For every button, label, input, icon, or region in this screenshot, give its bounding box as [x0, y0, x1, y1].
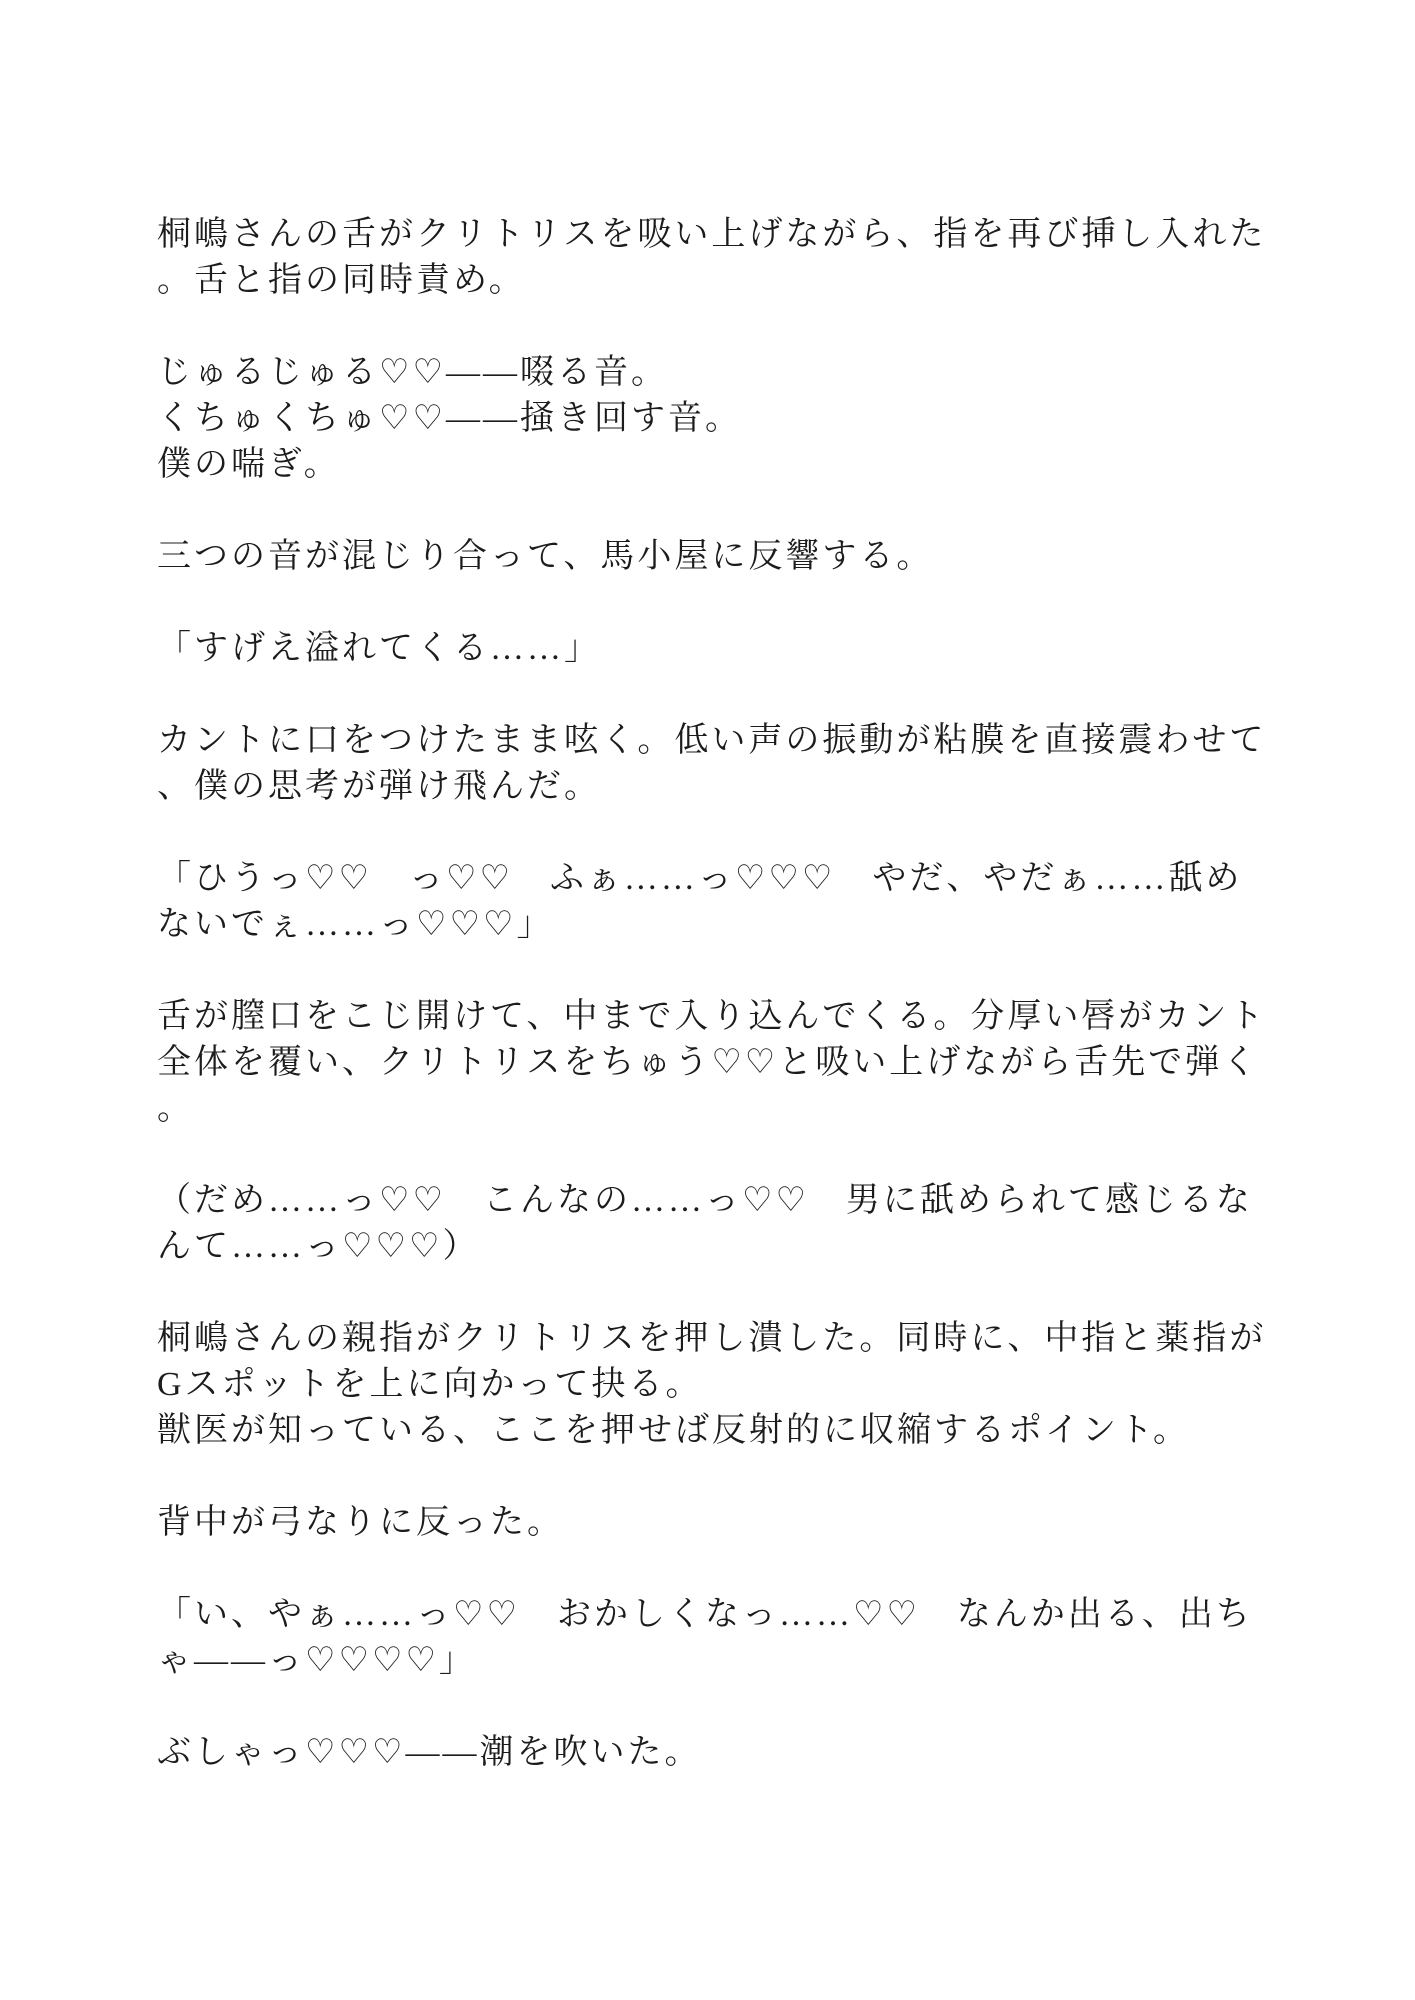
- text-line: カントに口をつけたまま呟く。低い声の振動が粘膜を直接震わせて: [157, 718, 1267, 764]
- text-line: 舌が膣口をこじ開けて、中まで入り込んでくる。分厚い唇がカント: [157, 994, 1267, 1040]
- text-line: ゃ――っ♡♡♡♡」: [157, 1638, 1267, 1684]
- text-line: 桐嶋さんの舌がクリトリスを吸い上げながら、指を再び挿し入れた: [157, 212, 1267, 258]
- paragraph: 「すげえ溢れてくる……」: [157, 626, 1267, 672]
- text-line: 獣医が知っている、ここを押せば反射的に収縮するポイント。: [157, 1408, 1267, 1454]
- text-line: ぶしゃっ♡♡♡――潮を吹いた。: [157, 1730, 1267, 1776]
- text-line: 。舌と指の同時責め。: [157, 258, 1267, 304]
- text-line: 「ひうっ♡♡ っ♡♡ ふぁ……っ♡♡♡ やだ、やだぁ……舐め: [157, 856, 1267, 902]
- text-line: 背中が弓なりに反った。: [157, 1500, 1267, 1546]
- text-line: 全体を覆い、クリトリスをちゅう♡♡と吸い上げながら舌先で弾く: [157, 1040, 1267, 1086]
- text-line: 。: [157, 1086, 1267, 1132]
- text-line: 「い、やぁ……っ♡♡ おかしくなっ……♡♡ なんか出る、出ち: [157, 1592, 1267, 1638]
- paragraph: ぶしゃっ♡♡♡――潮を吹いた。: [157, 1730, 1267, 1776]
- paragraph: （だめ……っ♡♡ こんなの……っ♡♡ 男に舐められて感じるなんて……っ♡♡♡）: [157, 1178, 1267, 1270]
- text-line: 僕の喘ぎ。: [157, 442, 1267, 488]
- text-line: んて……っ♡♡♡）: [157, 1224, 1267, 1270]
- text-line: （だめ……っ♡♡ こんなの……っ♡♡ 男に舐められて感じるな: [157, 1178, 1267, 1224]
- paragraph: 背中が弓なりに反った。: [157, 1500, 1267, 1546]
- text-line: 三つの音が混じり合って、馬小屋に反響する。: [157, 534, 1267, 580]
- paragraph: 舌が膣口をこじ開けて、中まで入り込んでくる。分厚い唇がカント全体を覆い、クリトリ…: [157, 994, 1267, 1132]
- document-page: 桐嶋さんの舌がクリトリスを吸い上げながら、指を再び挿し入れた。舌と指の同時責め。…: [0, 0, 1415, 2000]
- paragraph: 「い、やぁ……っ♡♡ おかしくなっ……♡♡ なんか出る、出ちゃ――っ♡♡♡♡」: [157, 1592, 1267, 1684]
- paragraph: 「ひうっ♡♡ っ♡♡ ふぁ……っ♡♡♡ やだ、やだぁ……舐めないでぇ……っ♡♡♡…: [157, 856, 1267, 948]
- paragraph: カントに口をつけたまま呟く。低い声の振動が粘膜を直接震わせて、僕の思考が弾け飛ん…: [157, 718, 1267, 810]
- paragraph: 桐嶋さんの舌がクリトリスを吸い上げながら、指を再び挿し入れた。舌と指の同時責め。: [157, 212, 1267, 304]
- paragraph: じゅるじゅる♡♡――啜る音。くちゅくちゅ♡♡――掻き回す音。僕の喘ぎ。: [157, 350, 1267, 488]
- text-line: Gスポットを上に向かって抉る。: [157, 1362, 1267, 1408]
- text-line: 、僕の思考が弾け飛んだ。: [157, 764, 1267, 810]
- text-line: 桐嶋さんの親指がクリトリスを押し潰した。同時に、中指と薬指が: [157, 1316, 1267, 1362]
- text-line: 「すげえ溢れてくる……」: [157, 626, 1267, 672]
- text-line: じゅるじゅる♡♡――啜る音。: [157, 350, 1267, 396]
- paragraph: 桐嶋さんの親指がクリトリスを押し潰した。同時に、中指と薬指がGスポットを上に向か…: [157, 1316, 1267, 1454]
- text-line: くちゅくちゅ♡♡――掻き回す音。: [157, 396, 1267, 442]
- paragraph: 三つの音が混じり合って、馬小屋に反響する。: [157, 534, 1267, 580]
- text-line: ないでぇ……っ♡♡♡」: [157, 902, 1267, 948]
- novel-text-block: 桐嶋さんの舌がクリトリスを吸い上げながら、指を再び挿し入れた。舌と指の同時責め。…: [157, 212, 1267, 1822]
